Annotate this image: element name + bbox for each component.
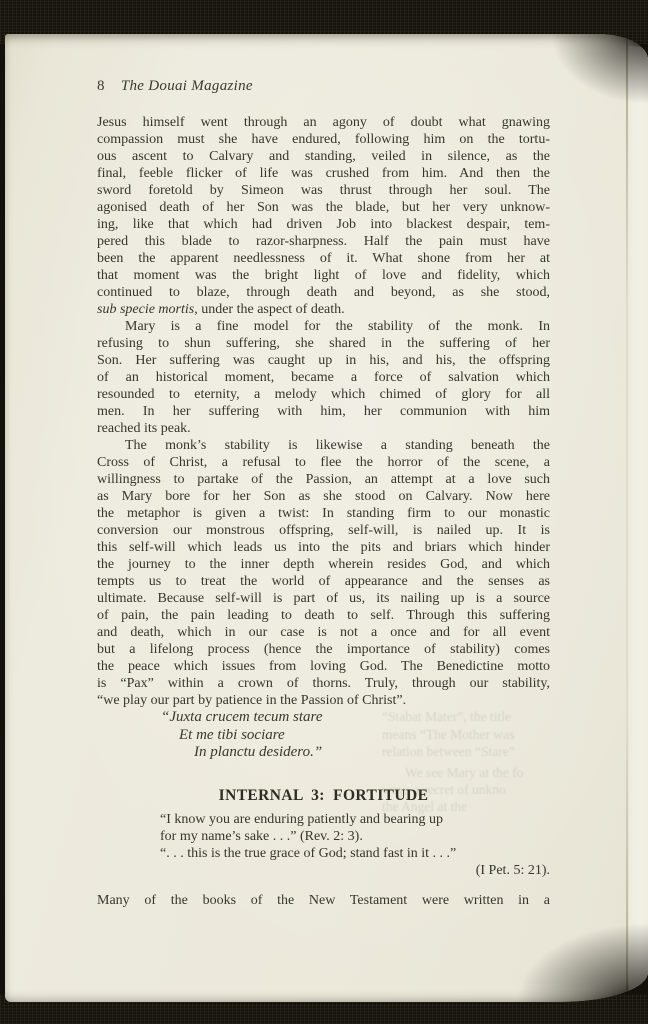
continuation-paragraph: Many of the books of the New Testament w… [97, 892, 550, 909]
quote-line: “. . . this is the true grace of God; st… [160, 845, 550, 862]
scan-background: { "header": { "page_number": "8", "magaz… [0, 0, 648, 1024]
page-edge-stack [5, 34, 63, 1002]
text-line: is “Pax” within a crown of thorns. Truly… [97, 675, 550, 692]
text-line: sword foretold by Simeon was thrust thro… [97, 182, 550, 199]
text-line: final, feeble flicker of life was crushe… [97, 165, 550, 182]
italic-phrase: sub specie mortis [97, 302, 194, 317]
text-line: pered this blade to razor-sharpness. Hal… [97, 233, 550, 250]
text-line: ing, like that which had driven Job into… [97, 216, 550, 233]
text-line: Cross of Christ, a refusal to flee the h… [97, 454, 550, 471]
text-line: continued to blaze, through death and be… [97, 284, 550, 301]
book-page: “Stabat Mater”, the titlemeans “The Moth… [5, 34, 648, 1002]
text-line: sub specie mortis, under the aspect of d… [97, 301, 550, 318]
text-line: willingness to partake of the Passion, a… [97, 471, 550, 488]
text-line: Son. Her suffering was caught up in his,… [97, 352, 550, 369]
text-line: of pain, the pain leading to death to se… [97, 607, 550, 624]
gutter-shadow-bottom [498, 912, 648, 1002]
magazine-title: The Douai Magazine [121, 78, 253, 94]
text-segment: , under the aspect of death. [194, 302, 344, 317]
paragraph: Jesus himself went through an agony of d… [97, 114, 550, 318]
paragraph: Mary is a fine model for the stability o… [97, 318, 550, 437]
text-line: “we play our part by patience in the Pas… [97, 692, 550, 709]
text-line: been the apparent needlessness of it. Wh… [97, 250, 550, 267]
body-text: Jesus himself went through an agony of d… [97, 114, 550, 709]
text-line: tempts us to treat the world of appearan… [97, 573, 550, 590]
text-line: ous ascent to Calvary and standing, veil… [97, 148, 550, 165]
text-line: Jesus himself went through an agony of d… [97, 114, 550, 131]
poem-line: Et me tibi sociare [97, 727, 550, 745]
paragraph: The monk’s stability is likewise a stand… [97, 437, 550, 709]
text-line: the journey to the inner depth wherein r… [97, 556, 550, 573]
text-line: refusing to shun suffering, she shared i… [97, 335, 550, 352]
show-through-text: We see Mary at the fo [405, 765, 524, 781]
page-header: 8The Douai Magazine [97, 78, 253, 95]
text-line: Mary is a fine model for the stability o… [97, 318, 550, 335]
text-line: The monk’s stability is likewise a stand… [97, 437, 550, 454]
text-line: resounded to eternity, a melody which ch… [97, 386, 550, 403]
text-line: compassion must she have endured, follow… [97, 131, 550, 148]
facing-page-sliver [629, 46, 648, 1002]
text-line: conversion our monstrous offspring, self… [97, 522, 550, 539]
text-line: the peace which issues from loving God. … [97, 658, 550, 675]
text-line: that moment was the bright light of love… [97, 267, 550, 284]
quote-line: for my name’s sake . . .” (Rev. 2: 3). [160, 828, 550, 845]
section-heading: INTERNAL 3: FORTITUDE [97, 787, 550, 805]
text-line: ultimate. Because self-will is part of u… [97, 590, 550, 607]
text-line: of an historical moment, became a force … [97, 369, 550, 386]
quote-line: “I know you are enduring patiently and b… [160, 811, 550, 828]
text-line: but a lifelong process (hence the import… [97, 641, 550, 658]
scripture-quote-block: “I know you are enduring patiently and b… [160, 811, 550, 879]
latin-poem: “Juxta crucem tecum stareEt me tibi soci… [97, 709, 550, 762]
page-number: 8 [97, 78, 105, 94]
poem-line: In planctu desidero.” [97, 744, 550, 762]
text-line: this self-will which leads us into the p… [97, 539, 550, 556]
text-line: and death, which in our case is not a on… [97, 624, 550, 641]
gutter-fold-line [626, 34, 628, 1002]
poem-line: “Juxta crucem tecum stare [97, 709, 550, 727]
quote-citation: (I Pet. 5: 21). [160, 862, 550, 879]
text-line: the metaphor is given a twist: In standi… [97, 505, 550, 522]
text-line: men. In her suffering with him, her comm… [97, 403, 550, 420]
text-line: as Mary bore for her Son as she stood on… [97, 488, 550, 505]
gutter-shadow-top [538, 34, 648, 114]
text-line: reached its peak. [97, 420, 550, 437]
text-line: agonised death of her Son was the blade,… [97, 199, 550, 216]
